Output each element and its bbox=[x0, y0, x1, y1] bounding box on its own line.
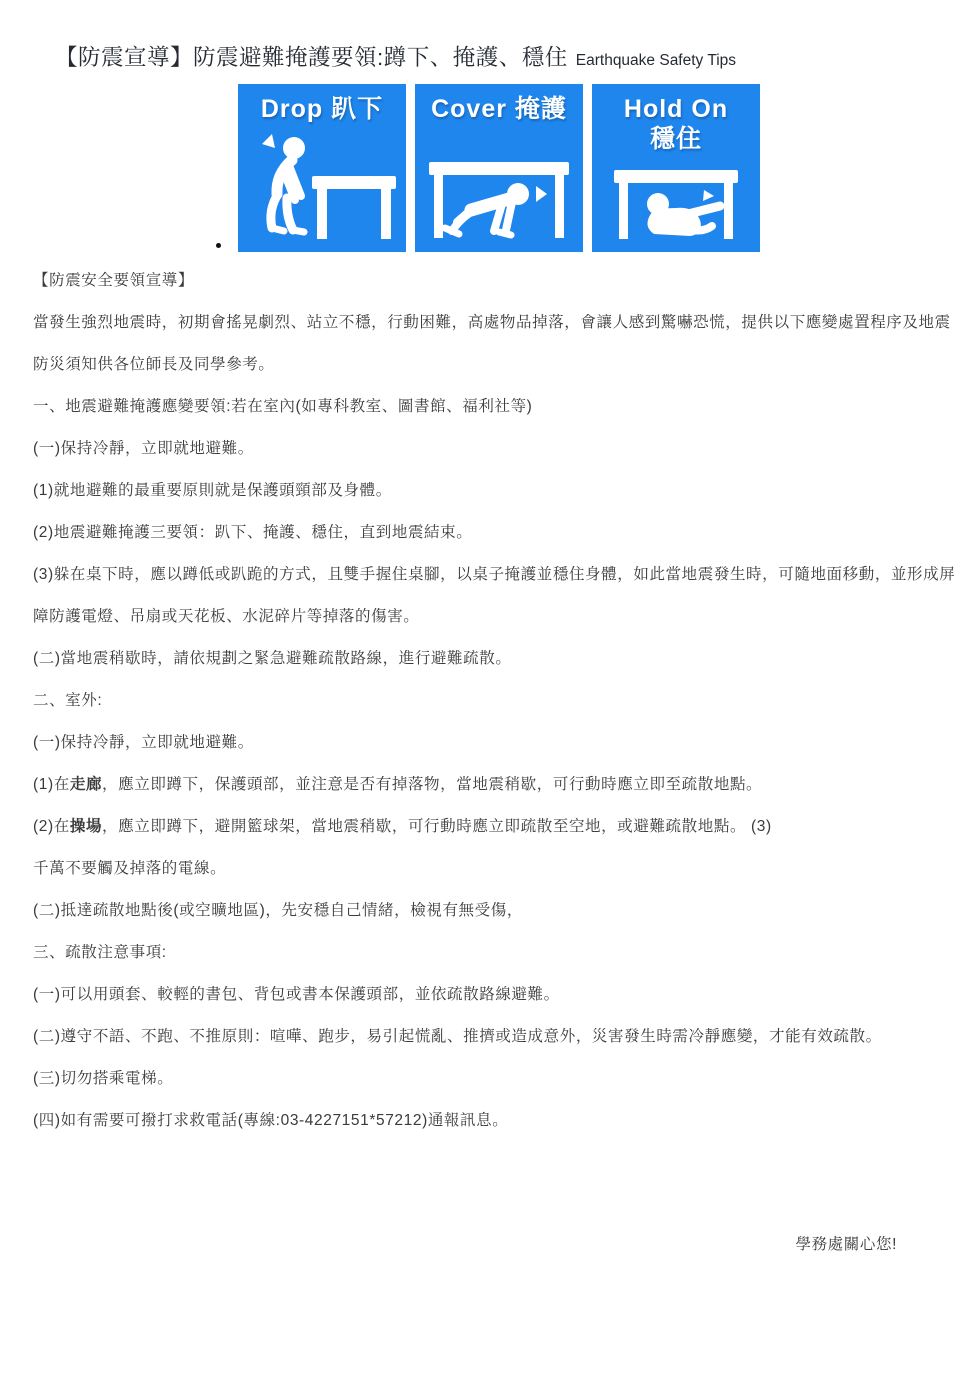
body-line: (四)如有需要可撥打求救電話(專線:03-4227151*57212)通報訊息。 bbox=[33, 1100, 960, 1142]
body-line: 防災須知供各位師長及同學參考。 bbox=[33, 344, 960, 386]
body-segment: (一)可以用頭套、較輕的書包、背包或書本保護頭部，並依疏散路線避難。 bbox=[33, 986, 560, 1003]
body-segment: (1)就地避難的最重要原則就是保護頭頸部及身體。 bbox=[33, 482, 392, 499]
body-segment: 一、地震避難掩護應變要領:若在室內(如專科教室、圖書館、福利社等) bbox=[33, 398, 532, 415]
safety-signs-row: Drop 趴下 bbox=[238, 84, 760, 252]
body-segment: (一)保持冷靜，立即就地避難。 bbox=[33, 734, 254, 751]
body-line: (3)躲在桌下時，應以蹲低或趴跪的方式，且雙手握住桌腳，以桌子掩護並穩住身體，如… bbox=[33, 554, 960, 596]
body-segment: (二)抵達疏散地點後(或空曠地區)，先安穩自己情緒，檢視有無受傷， bbox=[33, 902, 523, 919]
body-line: 當發生強烈地震時，初期會搖晃劇烈、站立不穩，行動困難，高處物品掉落，會讓人感到驚… bbox=[33, 302, 960, 344]
body-line: (二)遵守不語、不跑、不推原則：喧嘩、跑步，易引起慌亂、推擠或造成意外，災害發生… bbox=[33, 1016, 960, 1058]
body-segment: 【防震安全要領宣導】 bbox=[33, 272, 194, 289]
sign-cover: Cover 掩護 bbox=[415, 84, 583, 252]
body-segment: 千萬不要觸及掉落的電線。 bbox=[33, 860, 226, 877]
body-line: (一)可以用頭套、較輕的書包、背包或書本保護頭部，並依疏散路線避難。 bbox=[33, 974, 960, 1016]
body-line: 【防震安全要領宣導】 bbox=[33, 260, 960, 302]
body-line: (一)保持冷靜，立即就地避難。 bbox=[33, 428, 960, 470]
body-line: (2)地震避難掩護三要領：趴下、掩護、穩住，直到地震結束。 bbox=[33, 512, 960, 554]
body-segment: (3)躲在桌下時，應以蹲低或趴跪的方式，且雙手握住桌腳，以桌子掩護並穩住身體，如… bbox=[33, 566, 955, 583]
body-segment: 三、疏散注意事項: bbox=[33, 944, 167, 961]
drop-figure-icon bbox=[238, 84, 406, 252]
sign-drop: Drop 趴下 bbox=[238, 84, 406, 252]
body-segment: 障防護電燈、吊扇或天花板、水泥碎片等掉落的傷害。 bbox=[33, 608, 419, 625]
body-line: (二)當地震稍歇時，請依規劃之緊急避難疏散路線，進行避難疏散。 bbox=[33, 638, 960, 680]
body-segment: (四)如有需要可撥打求救電話(專線:03-4227151*57212)通報訊息。 bbox=[33, 1112, 508, 1129]
cover-figure-icon bbox=[415, 84, 583, 252]
page-title-en: Earthquake Safety Tips bbox=[576, 52, 736, 69]
body-segment: (1)在 bbox=[33, 776, 70, 793]
body-line: 三、疏散注意事項: bbox=[33, 932, 960, 974]
body-segment-bold: 操場 bbox=[70, 818, 102, 835]
body-segment: (二)當地震稍歇時，請依規劃之緊急避難疏散路線，進行避難疏散。 bbox=[33, 650, 511, 667]
body-line: (1)在走廊，應立即蹲下，保護頭部，並注意是否有掉落物，當地震稍歇，可行動時應立… bbox=[33, 764, 960, 806]
body-line: 二、室外: bbox=[33, 680, 960, 722]
body-segment: 防災須知供各位師長及同學參考。 bbox=[33, 356, 275, 373]
body-segment: (二)遵守不語、不跑、不推原則：喧嘩、跑步，易引起慌亂、推擠或造成意外，災害發生… bbox=[33, 1028, 882, 1045]
body-segment: ，應立即蹲下，避開籃球架，當地震稍歇，可行動時應立即疏散至空地，或避難疏散地點。… bbox=[102, 818, 772, 835]
page: 【防震宣導】防震避難掩護要領:蹲下、掩護、穩住Earthquake Safety… bbox=[0, 0, 980, 1386]
body-line: 一、地震避難掩護應變要領:若在室內(如專科教室、圖書館、福利社等) bbox=[33, 386, 960, 428]
body-line: 障防護電燈、吊扇或天花板、水泥碎片等掉落的傷害。 bbox=[33, 596, 960, 638]
body-segment: ，應立即蹲下，保護頭部，並注意是否有掉落物，當地震稍歇，可行動時應立即至疏散地點… bbox=[102, 776, 762, 793]
body-segment: (2)地震避難掩護三要領：趴下、掩護、穩住，直到地震結束。 bbox=[33, 524, 472, 541]
body-segment: (2)在 bbox=[33, 818, 70, 835]
hold-on-figure-icon bbox=[592, 84, 760, 252]
body-line: (一)保持冷靜，立即就地避難。 bbox=[33, 722, 960, 764]
list-bullet bbox=[216, 243, 221, 248]
body-segment-bold: 走廊 bbox=[70, 776, 102, 793]
body-text: 【防震安全要領宣導】當發生強烈地震時，初期會搖晃劇烈、站立不穩，行動困難，高處物… bbox=[33, 260, 960, 1142]
page-title-zh: 【防震宣導】防震避難掩護要領:蹲下、掩護、穩住 bbox=[55, 45, 568, 70]
body-line: 千萬不要觸及掉落的電線。 bbox=[33, 848, 960, 890]
body-segment: (三)切勿搭乘電梯。 bbox=[33, 1070, 173, 1087]
sign-hold-on: Hold On 穩住 bbox=[592, 84, 760, 252]
body-segment: 當發生強烈地震時，初期會搖晃劇烈、站立不穩，行動困難，高處物品掉落，會讓人感到驚… bbox=[33, 314, 951, 331]
body-line: (二)抵達疏散地點後(或空曠地區)，先安穩自己情緒，檢視有無受傷， bbox=[33, 890, 960, 932]
page-title: 【防震宣導】防震避難掩護要領:蹲下、掩護、穩住Earthquake Safety… bbox=[55, 40, 736, 72]
body-segment: (一)保持冷靜，立即就地避難。 bbox=[33, 440, 254, 457]
body-line: (三)切勿搭乘電梯。 bbox=[33, 1058, 960, 1100]
body-line: (2)在操場，應立即蹲下，避開籃球架，當地震稍歇，可行動時應立即疏散至空地，或避… bbox=[33, 806, 960, 848]
body-segment: 二、室外: bbox=[33, 692, 102, 709]
body-line: (1)就地避難的最重要原則就是保護頭頸部及身體。 bbox=[33, 470, 960, 512]
footer-note: 學務處關心您! bbox=[795, 1228, 897, 1262]
